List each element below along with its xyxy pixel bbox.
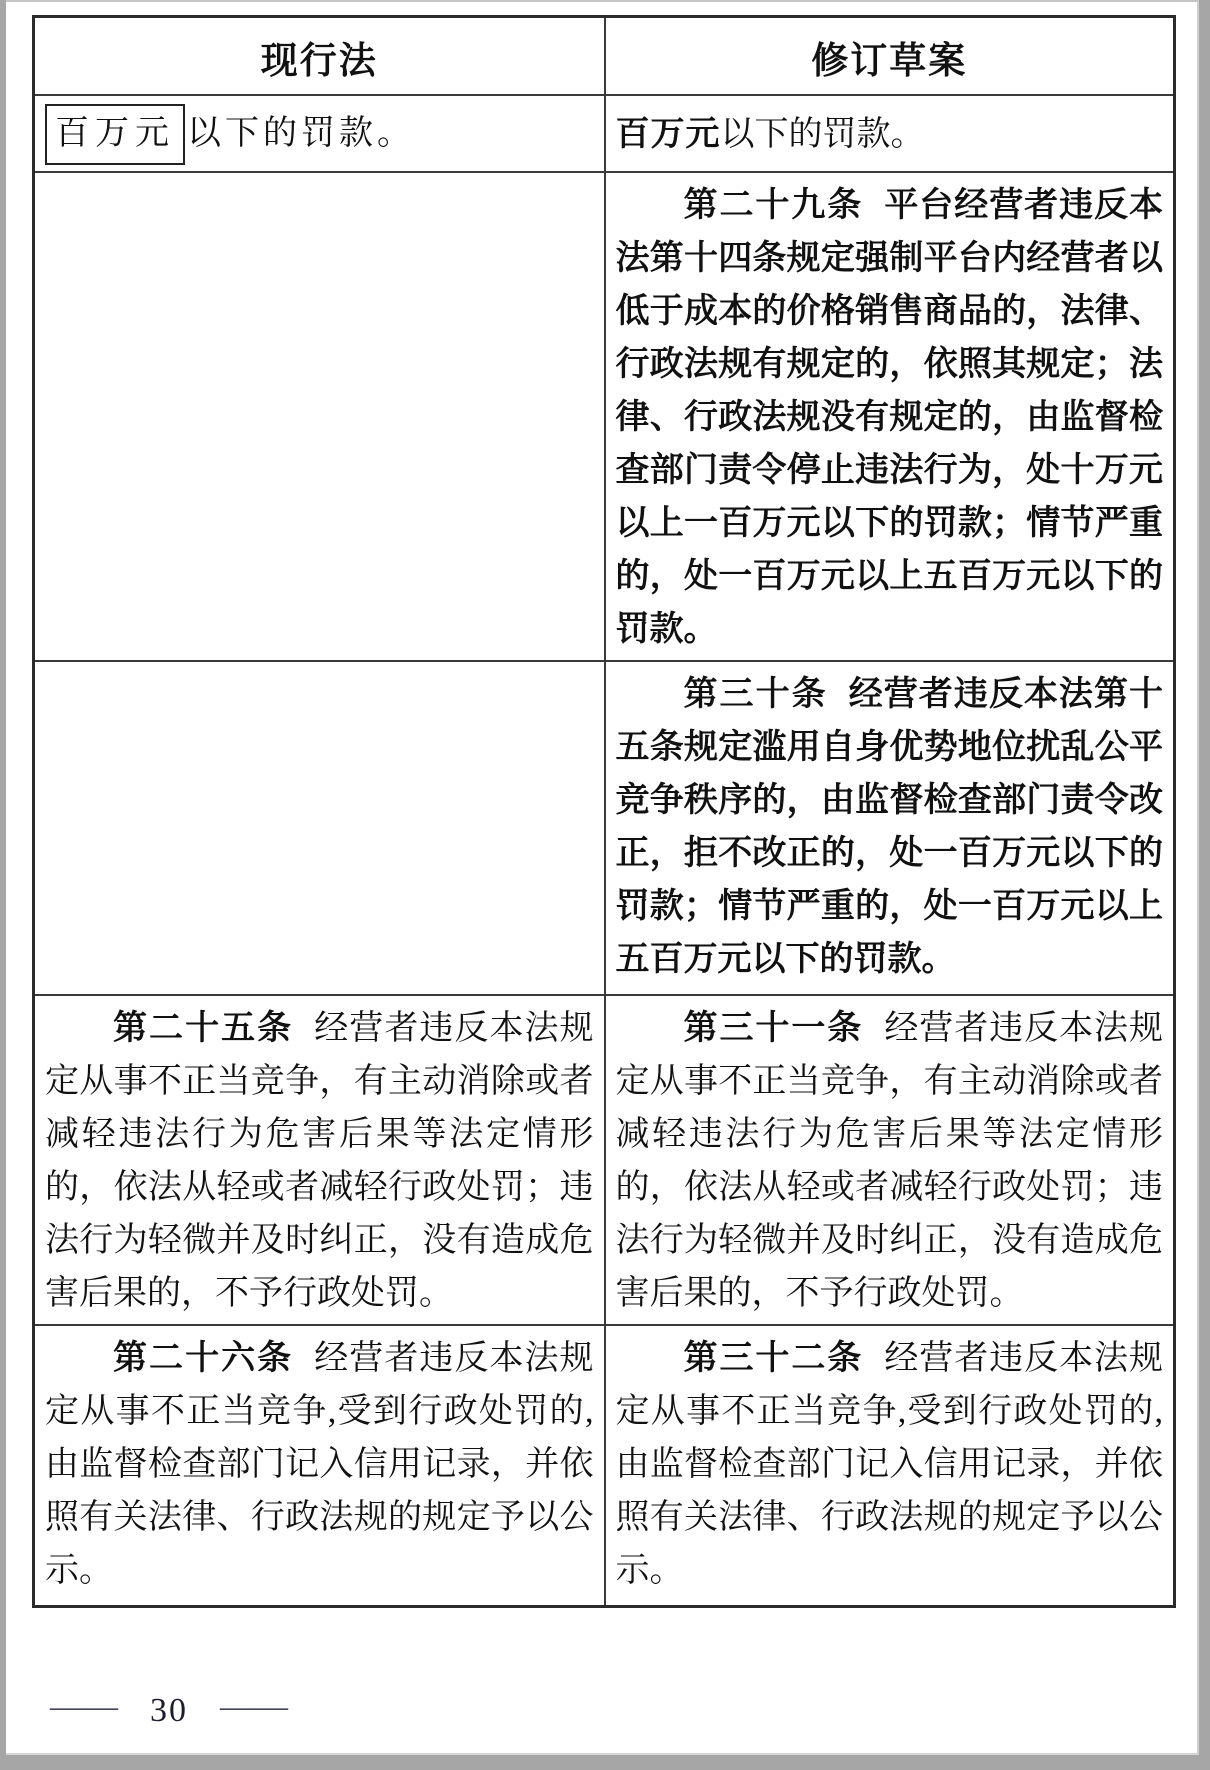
cell-draft-fine-clause: 百万元以下的罚款。 — [605, 95, 1175, 172]
page-number: ——30—— — [50, 1692, 288, 1730]
table-row: 第二十六条经营者违反本法规定从事不正当竞争,受到行政处罚的,由监督检查部门记入信… — [34, 1325, 1175, 1607]
page-number-dash-right: —— — [220, 1688, 288, 1726]
clause-continuation-text: 以下的罚款。 — [187, 115, 415, 152]
table-row: 百万元以下的罚款。 百万元以下的罚款。 — [34, 95, 1175, 172]
table-header-row: 现行法 修订草案 — [34, 17, 1175, 95]
page-number-dash-left: —— — [50, 1688, 118, 1726]
clause-continuation-text: 以下的罚款。 — [721, 116, 925, 153]
cell-current-law-article-26: 第二十六条经营者违反本法规定从事不正当竞争,受到行政处罚的,由监督检查部门记入信… — [34, 1325, 605, 1607]
article-number: 第三十条 — [684, 675, 828, 713]
column-header-current-law: 现行法 — [34, 17, 605, 95]
law-comparison-table: 现行法 修订草案 百万元以下的罚款。 百万元以下的罚款。 第二十九条平台经营者违… — [32, 15, 1176, 1608]
article-paragraph: 第三十二条经营者违反本法规定从事不正当竞争,受到行政处罚的,由监督检查部门记入信… — [616, 1332, 1164, 1597]
cell-draft-article-29: 第二十九条平台经营者违反本法第十四条规定强制平台内经营者以低于成本的价格销售商品… — [605, 172, 1175, 661]
page-number-value: 30 — [150, 1692, 188, 1729]
cell-current-law-empty-2 — [34, 661, 605, 995]
document-page: 现行法 修订草案 百万元以下的罚款。 百万元以下的罚款。 第二十九条平台经营者违… — [6, 0, 1199, 1755]
table-row: 第二十五条经营者违反本法规定从事不正当竞争，有主动消除或者减轻违法行为危害后果等… — [34, 995, 1175, 1325]
cell-current-law-article-25: 第二十五条经营者违反本法规定从事不正当竞争，有主动消除或者减轻违法行为危害后果等… — [34, 995, 605, 1325]
article-number: 第二十六条 — [113, 1339, 293, 1377]
article-body: 经营者违反本法规定从事不正当竞争，有主动消除或者减轻违法行为危害后果等法定情形的… — [45, 1010, 594, 1312]
article-paragraph: 第二十六条经营者违反本法规定从事不正当竞争,受到行政处罚的,由监督检查部门记入信… — [45, 1332, 594, 1597]
article-number: 第三十二条 — [684, 1339, 864, 1377]
article-body: 平台经营者违反本法第十四条规定强制平台内经营者以低于成本的价格销售商品的，法律、… — [616, 186, 1164, 648]
paragraph: 百万元以下的罚款。 — [45, 104, 594, 165]
article-paragraph: 第二十五条经营者违反本法规定从事不正当竞争，有主动消除或者减轻违法行为危害后果等… — [45, 1002, 594, 1320]
deleted-text-box: 百万元 — [45, 104, 185, 165]
article-number: 第三十一条 — [684, 1009, 864, 1047]
article-body: 经营者违反本法规定从事不正当竞争，有主动消除或者减轻违法行为危害后果等法定情形的… — [616, 1010, 1164, 1312]
article-paragraph: 第三十条经营者违反本法第十五条规定滥用自身优势地位扰乱公平竞争秩序的，由监督检查… — [616, 668, 1164, 986]
cell-draft-article-31: 第三十一条经营者违反本法规定从事不正当竞争，有主动消除或者减轻违法行为危害后果等… — [605, 995, 1175, 1325]
column-header-revised-draft: 修订草案 — [605, 17, 1175, 95]
cell-current-law-fine-clause: 百万元以下的罚款。 — [34, 95, 605, 172]
cell-current-law-empty-1 — [34, 172, 605, 661]
article-paragraph: 第三十一条经营者违反本法规定从事不正当竞争，有主动消除或者减轻违法行为危害后果等… — [616, 1002, 1164, 1320]
table-row: 第二十九条平台经营者违反本法第十四条规定强制平台内经营者以低于成本的价格销售商品… — [34, 172, 1175, 661]
table-row: 第三十条经营者违反本法第十五条规定滥用自身优势地位扰乱公平竞争秩序的，由监督检查… — [34, 661, 1175, 995]
revised-text-bold: 百万元 — [616, 115, 721, 153]
article-paragraph: 第二十九条平台经营者违反本法第十四条规定强制平台内经营者以低于成本的价格销售商品… — [616, 179, 1164, 656]
paragraph: 百万元以下的罚款。 — [616, 108, 1164, 161]
cell-draft-article-30: 第三十条经营者违反本法第十五条规定滥用自身优势地位扰乱公平竞争秩序的，由监督检查… — [605, 661, 1175, 995]
cell-draft-article-32: 第三十二条经营者违反本法规定从事不正当竞争,受到行政处罚的,由监督检查部门记入信… — [605, 1325, 1175, 1607]
article-body: 经营者违反本法第十五条规定滥用自身优势地位扰乱公平竞争秩序的，由监督检查部门责令… — [616, 675, 1164, 978]
article-number: 第二十五条 — [113, 1009, 293, 1047]
article-number: 第二十九条 — [684, 186, 864, 224]
